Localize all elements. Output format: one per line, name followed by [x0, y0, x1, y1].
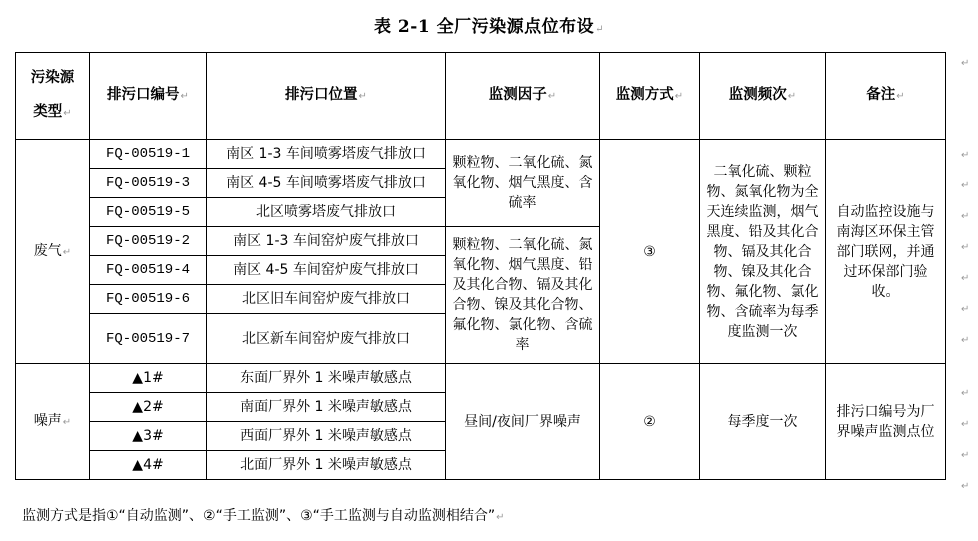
header-monitoring-frequency: 监测频次↵: [700, 53, 826, 140]
header-monitoring-method: 监测方式↵: [600, 53, 700, 140]
gas-frequency: 二氧化硫、颗粒物、氮氧化物为全天连续监测，烟气黑度、铅及其化合物、镉及其化合物、…: [700, 140, 826, 364]
gas-type-cell: 废气↵: [16, 140, 90, 364]
gas-kiln-factors: 颗粒物、二氧化硫、氮氧化物、烟气黑度、铅及其化合物、镉及其化合物、镍及其化合物、…: [446, 227, 600, 364]
noise-frequency: 每季度一次: [700, 364, 826, 480]
outlet-code: FQ-00519-4: [90, 256, 207, 285]
row-end-mark-icon: ↵: [961, 273, 969, 284]
footnote-text: 监测方式是指①“自动监测”、②“手工监测”、③“手工监测与自动监测相结合”: [22, 508, 495, 524]
outlet-location: 北区旧车间窑炉废气排放口: [207, 285, 446, 314]
row-end-mark-icon: ↵: [961, 304, 969, 315]
noise-type-cell: 噪声↵: [16, 364, 90, 480]
row-end-mark-icon: ↵: [961, 180, 969, 191]
header-row: 污染源 类型↵ 排污口编号↵ 排污口位置↵ 监测因子↵ 监测方式↵ 监测频次↵ …: [16, 53, 946, 140]
header-remarks-text: 备注: [866, 87, 895, 103]
header-monitoring-method-text: 监测方式: [616, 87, 674, 103]
header-source-type-text: 类型: [33, 104, 62, 120]
row-end-mark-icon: ↵: [961, 388, 969, 399]
table-title-text: 表 2-1 全厂污染源点位布设: [374, 17, 594, 37]
outlet-location: 南区 1-3 车间喷雾塔废气排放口: [207, 140, 446, 169]
header-source-type-line1: 污染源: [20, 68, 85, 88]
gas-method: ③: [600, 140, 700, 364]
paragraph-mark-icon: ↵: [496, 512, 504, 523]
header-source-type: 污染源 类型↵: [16, 53, 90, 140]
noise-type-text: 噪声: [34, 413, 62, 429]
table-row: 废气↵ FQ-00519-1 南区 1-3 车间喷雾塔废气排放口 颗粒物、二氧化…: [16, 140, 946, 169]
table-title: 表 2-1 全厂污染源点位布设↵: [0, 12, 978, 37]
outlet-location: 南区 4-5 车间喷雾塔废气排放口: [207, 169, 446, 198]
header-outlet-location: 排污口位置↵: [207, 53, 446, 140]
noise-point-location: 南面厂界外 1 米噪声敏感点: [207, 393, 446, 422]
pollution-source-table: 污染源 类型↵ 排污口编号↵ 排污口位置↵ 监测因子↵ 监测方式↵ 监测频次↵ …: [15, 52, 946, 480]
row-end-mark-icon: ↵: [961, 150, 969, 161]
paragraph-mark-icon: ↵: [675, 91, 683, 102]
outlet-location: 北区新车间窑炉废气排放口: [207, 314, 446, 364]
outlet-code: FQ-00519-2: [90, 227, 207, 256]
paragraph-mark-icon: ↵: [63, 247, 71, 258]
noise-point-code: ▲3#: [90, 422, 207, 451]
outlet-location: 北区喷雾塔废气排放口: [207, 198, 446, 227]
paragraph-mark-icon: ↵: [788, 91, 796, 102]
noise-factors: 昼间/夜间厂界噪声: [446, 364, 600, 480]
outlet-code: FQ-00519-7: [90, 314, 207, 364]
paragraph-mark-icon: ↵: [63, 108, 71, 119]
row-end-mark-icon: ↵: [961, 335, 969, 346]
row-end-mark-icon: ↵: [961, 242, 969, 253]
outlet-location: 南区 1-3 车间窑炉废气排放口: [207, 227, 446, 256]
header-outlet-code: 排污口编号↵: [90, 53, 207, 140]
row-end-mark-icon: ↵: [961, 481, 969, 492]
paragraph-mark-icon: ↵: [359, 91, 367, 102]
row-end-mark-icon: ↵: [961, 419, 969, 430]
outlet-code: FQ-00519-1: [90, 140, 207, 169]
paragraph-mark-icon: ↵: [548, 91, 556, 102]
header-source-type-line2: 类型↵: [20, 102, 85, 124]
gas-type-text: 废气: [34, 243, 62, 259]
noise-point-code: ▲1#: [90, 364, 207, 393]
paragraph-mark-icon: ↵: [63, 417, 71, 428]
gas-spray-factors: 颗粒物、二氧化硫、氮氧化物、烟气黑度、含硫率: [446, 140, 600, 227]
noise-point-code: ▲2#: [90, 393, 207, 422]
header-remarks: 备注↵: [826, 53, 946, 140]
row-end-mark-icon: ↵: [961, 58, 969, 69]
header-outlet-code-text: 排污口编号: [107, 87, 180, 103]
noise-point-location: 西面厂界外 1 米噪声敏感点: [207, 422, 446, 451]
noise-method: ②: [600, 364, 700, 480]
noise-remarks: 排污口编号为厂界噪声监测点位: [826, 364, 946, 480]
footnote: 监测方式是指①“自动监测”、②“手工监测”、③“手工监测与自动监测相结合”↵: [22, 505, 505, 525]
noise-point-code: ▲4#: [90, 451, 207, 480]
header-outlet-location-text: 排污口位置: [285, 87, 358, 103]
row-end-mark-icon: ↵: [961, 450, 969, 461]
table-row: 噪声↵ ▲1# 东面厂界外 1 米噪声敏感点 昼间/夜间厂界噪声 ② 每季度一次…: [16, 364, 946, 393]
noise-point-location: 北面厂界外 1 米噪声敏感点: [207, 451, 446, 480]
header-monitoring-factors-text: 监测因子: [489, 87, 547, 103]
paragraph-mark-icon: ↵: [181, 91, 189, 102]
paragraph-mark-icon: ↵: [595, 24, 604, 35]
outlet-code: FQ-00519-6: [90, 285, 207, 314]
gas-remarks: 自动监控设施与南海区环保主管部门联网，并通过环保部门验收。: [826, 140, 946, 364]
outlet-location: 南区 4-5 车间窑炉废气排放口: [207, 256, 446, 285]
paragraph-mark-icon: ↵: [896, 91, 904, 102]
outlet-code: FQ-00519-3: [90, 169, 207, 198]
outlet-code: FQ-00519-5: [90, 198, 207, 227]
noise-point-location: 东面厂界外 1 米噪声敏感点: [207, 364, 446, 393]
header-monitoring-frequency-text: 监测频次: [729, 87, 787, 103]
header-monitoring-factors: 监测因子↵: [446, 53, 600, 140]
row-end-mark-icon: ↵: [961, 211, 969, 222]
